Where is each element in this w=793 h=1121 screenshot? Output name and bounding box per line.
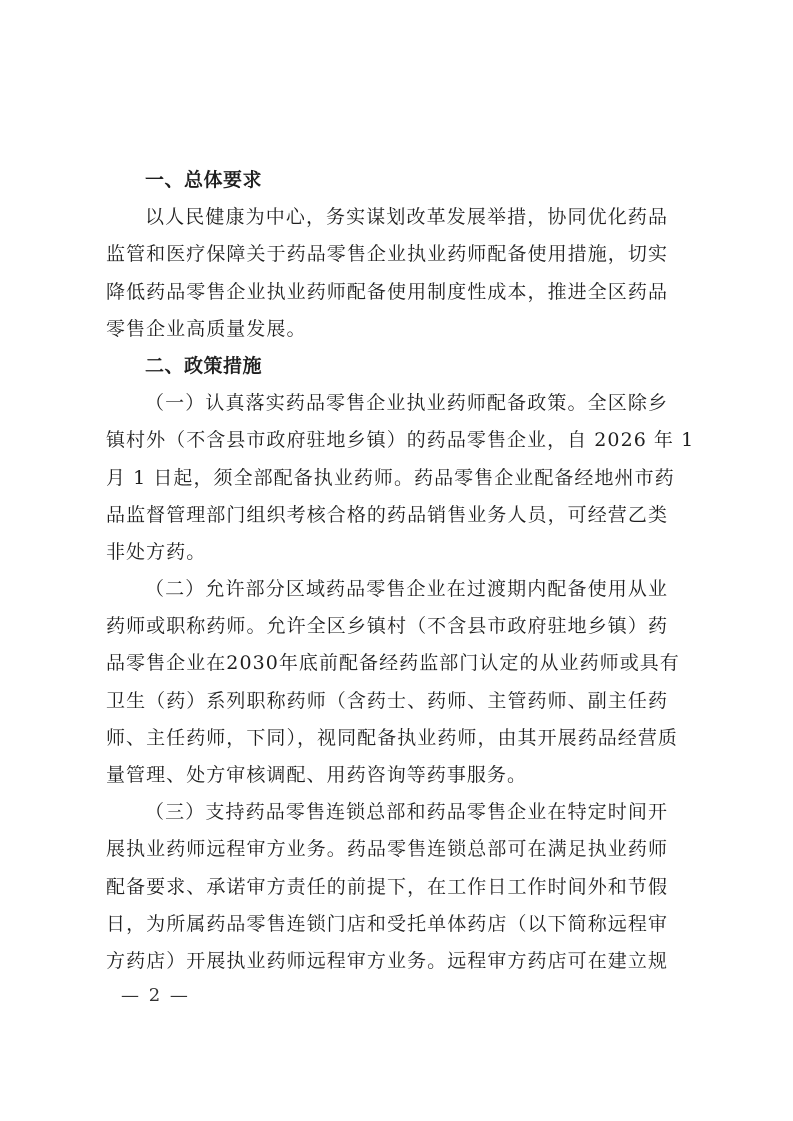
paragraph-measure-1: （一）认真落实药品零售企业执业药师配备政策。全区除乡 镇村外（不含县市政府驻地乡…: [106, 385, 668, 571]
section-heading-policy-measures: 二、政策措施: [106, 348, 668, 385]
section-heading-general-requirements: 一、总体要求: [106, 162, 668, 199]
page-number: — 2 —: [121, 985, 190, 1006]
text-line: 量管理、处方审核调配、用药咨询等药事服务。: [106, 757, 668, 794]
text-line: 月 1 日起，须全部配备执业药师。药品零售企业配备经地州市药: [106, 460, 668, 497]
text-line: 师、主任药师，下同），视同配备执业药师，由其开展药品经营质: [106, 720, 668, 757]
text-line: 非处方药。: [106, 534, 668, 571]
text-line: （二）允许部分区域药品零售企业在过渡期内配备使用从业: [106, 571, 668, 608]
paragraph-measure-3: （三）支持药品零售连锁总部和药品零售企业在特定时间开 展执业药师远程审方业务。药…: [106, 794, 668, 980]
document-page: 一、总体要求 以人民健康为中心，务实谋划改革发展举措，协同优化药品 监管和医疗保…: [0, 0, 793, 1121]
text-line: 镇村外（不含县市政府驻地乡镇）的药品零售企业，自 2026 年 1: [106, 422, 668, 459]
text-line: 配备要求、承诺审方责任的前提下，在工作日工作时间外和节假: [106, 869, 668, 906]
text-line: 品零售企业在2030年底前配备经药监部门认定的从业药师或具有: [106, 645, 668, 682]
text-line: 方药店）开展执业药师远程审方业务。远程审方药店可在建立规: [106, 943, 668, 980]
text-line: （三）支持药品零售连锁总部和药品零售企业在特定时间开: [106, 794, 668, 831]
text-line: 药师或职称药师。允许全区乡镇村（不含县市政府驻地乡镇）药: [106, 608, 668, 645]
text-line: 品监督管理部门组织考核合格的药品销售业务人员，可经营乙类: [106, 497, 668, 534]
paragraph-general-requirements: 以人民健康为中心，务实谋划改革发展举措，协同优化药品 监管和医疗保障关于药品零售…: [106, 199, 668, 348]
text-line: 监管和医疗保障关于药品零售企业执业药师配备使用措施，切实: [106, 236, 668, 273]
paragraph-measure-2: （二）允许部分区域药品零售企业在过渡期内配备使用从业 药师或职称药师。允许全区乡…: [106, 571, 668, 794]
text-line: （一）认真落实药品零售企业执业药师配备政策。全区除乡: [106, 385, 668, 422]
text-line: 展执业药师远程审方业务。药品零售连锁总部可在满足执业药师: [106, 831, 668, 868]
text-line: 降低药品零售企业执业药师配备使用制度性成本，推进全区药品: [106, 274, 668, 311]
text-line: 日，为所属药品零售连锁门店和受托单体药店（以下简称远程审: [106, 906, 668, 943]
text-line: 以人民健康为中心，务实谋划改革发展举措，协同优化药品: [106, 199, 668, 236]
text-line: 卫生（药）系列职称药师（含药士、药师、主管药师、副主任药: [106, 683, 668, 720]
document-body: 一、总体要求 以人民健康为中心，务实谋划改革发展举措，协同优化药品 监管和医疗保…: [106, 162, 668, 980]
text-line: 零售企业高质量发展。: [106, 311, 668, 348]
